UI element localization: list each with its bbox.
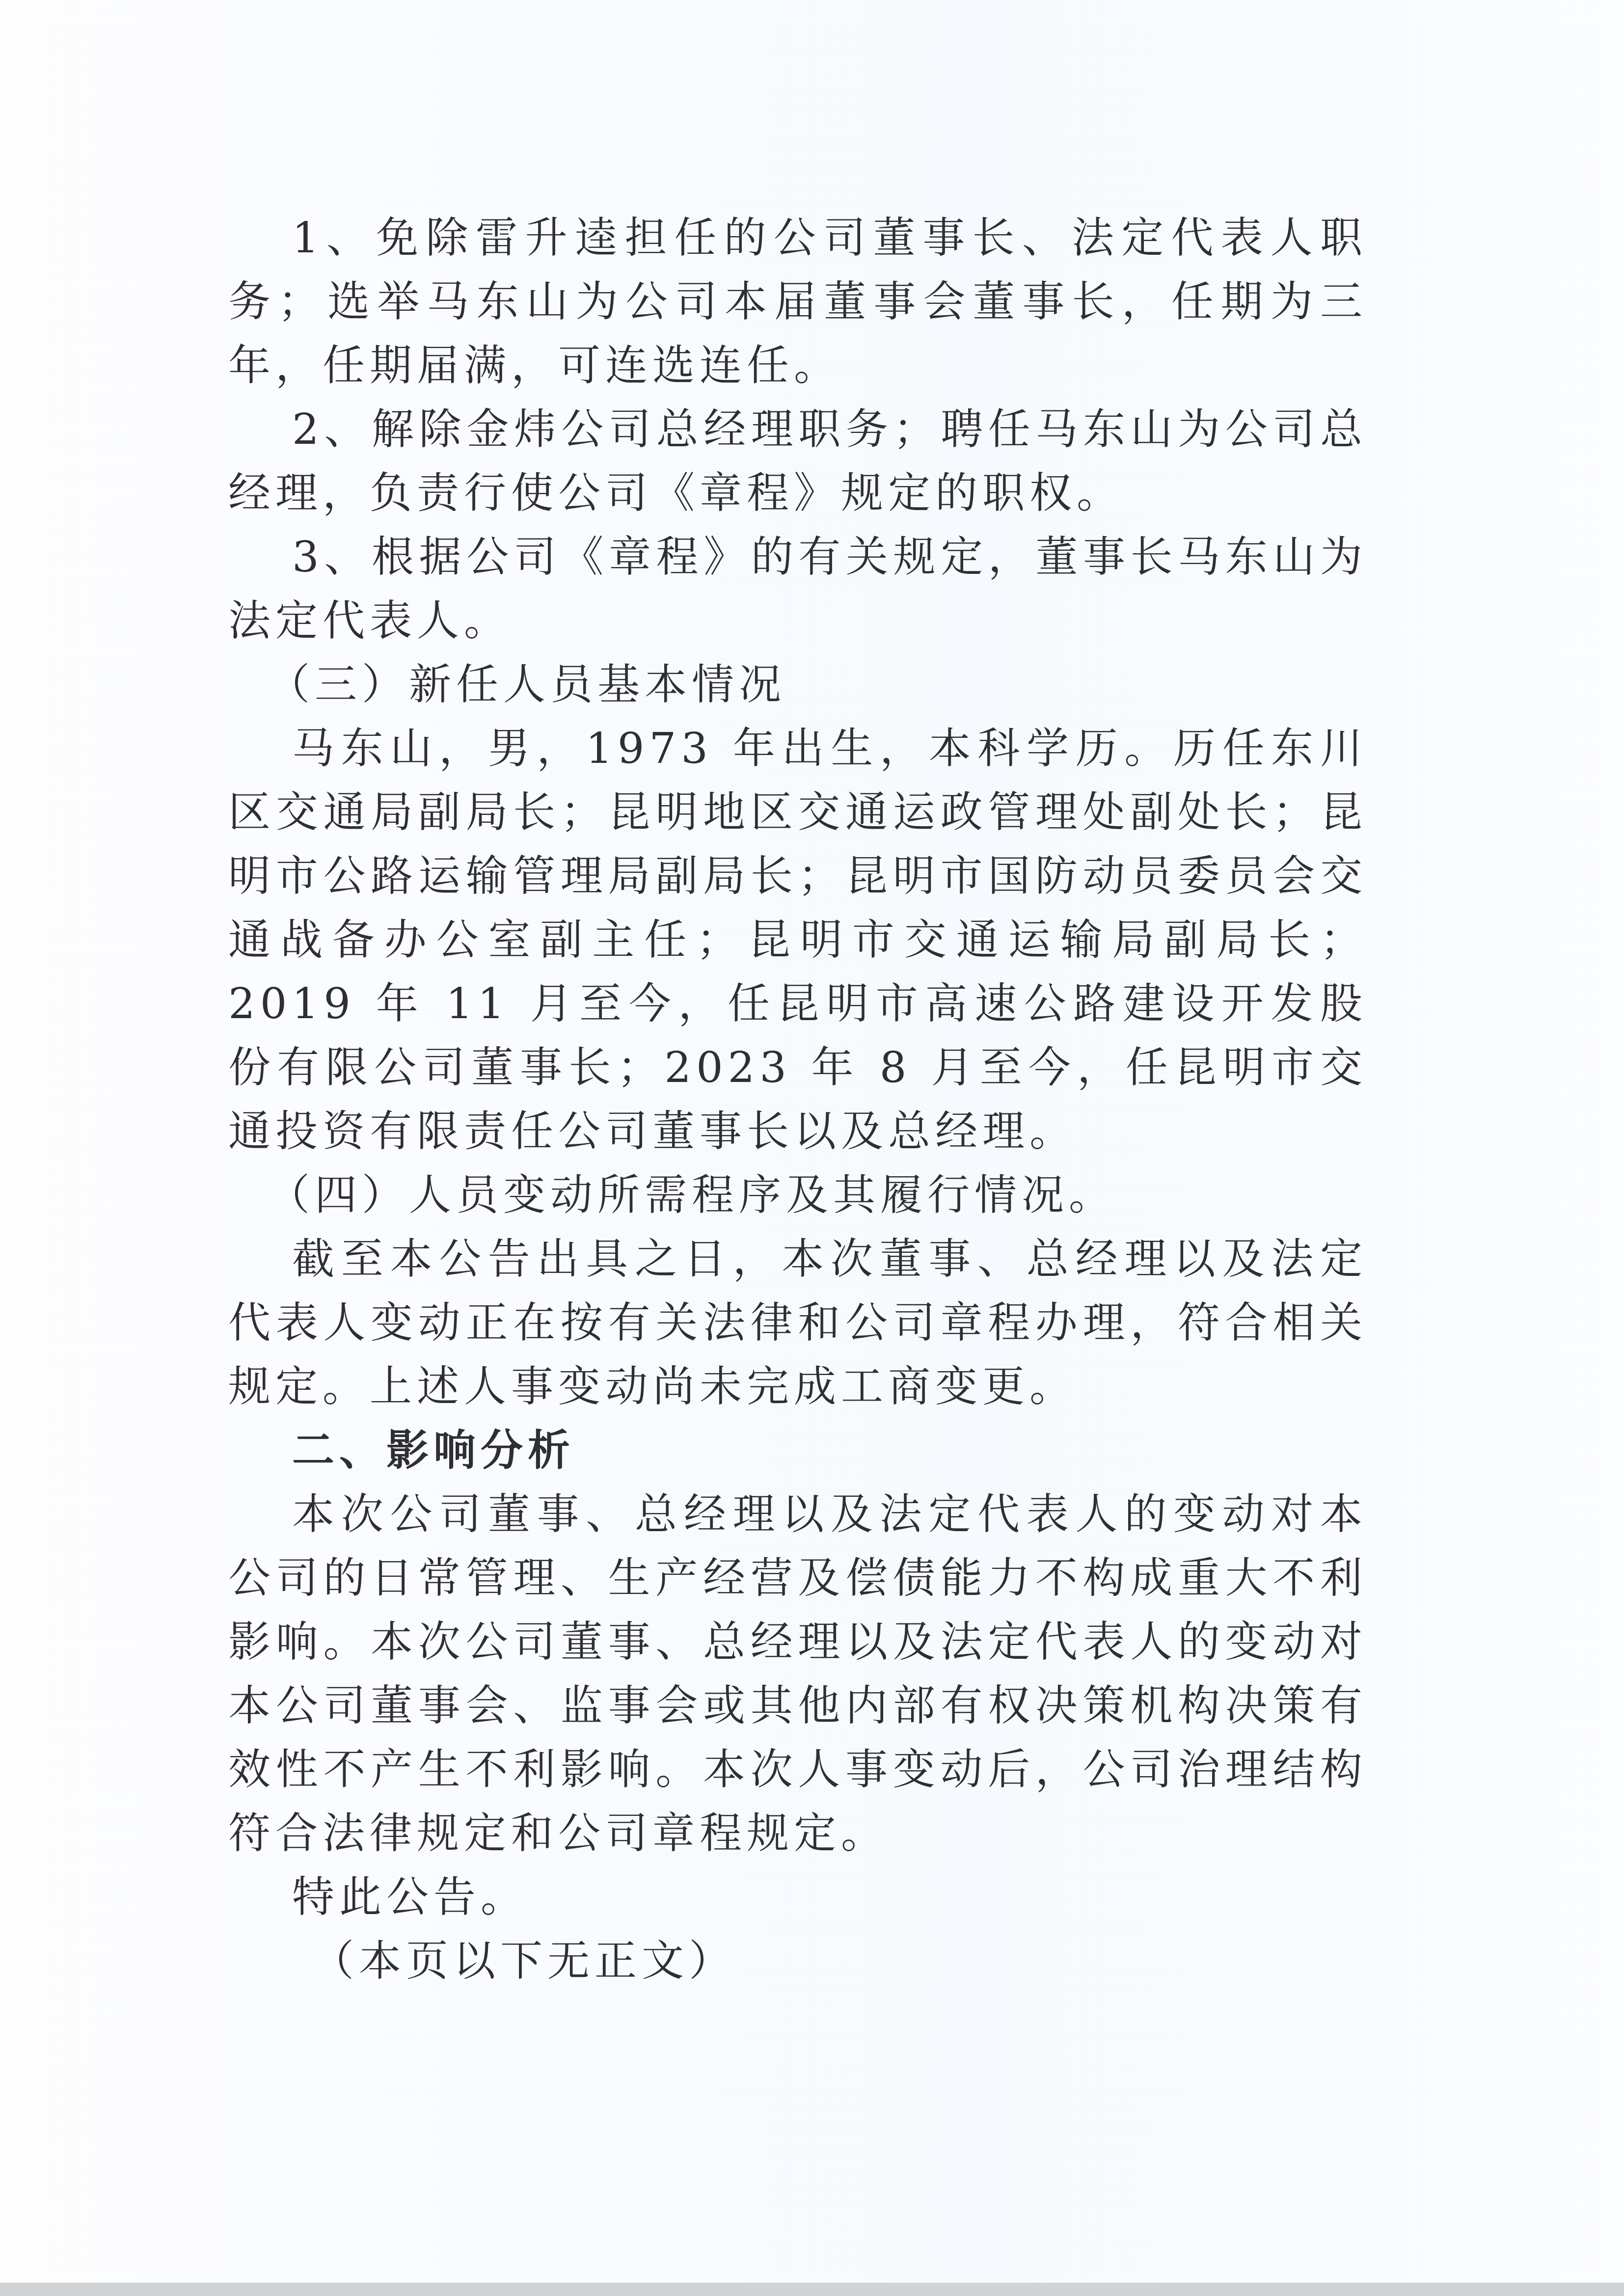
personnel-bio-paragraph: 马东山，男，1973 年出生，本科学历。历任东川区交通局副局长；昆明地区交通运政… [228, 717, 1367, 1163]
resolution-item-2: 2、解除金炜公司总经理职务；聘任马东山为公司总经理，负责行使公司《章程》规定的职… [228, 398, 1367, 525]
procedures-paragraph: 截至本公告出具之日，本次董事、总经理以及法定代表人变动正在按有关法律和公司章程办… [228, 1227, 1367, 1419]
document-body: 1、免除雷升逵担任的公司董事长、法定代表人职务；选举马东山为公司本届董事会董事长… [228, 206, 1367, 1993]
no-further-text-note: （本页以下无正文） [228, 1929, 1367, 1993]
section-heading-impact-analysis: 二、影响分析 [228, 1419, 1367, 1483]
resolution-item-1: 1、免除雷升逵担任的公司董事长、法定代表人职务；选举马东山为公司本届董事会董事长… [228, 206, 1367, 398]
scan-edge-strip [0, 2283, 1624, 2296]
subheading-procedures: （四）人员变动所需程序及其履行情况。 [228, 1163, 1367, 1227]
impact-analysis-paragraph: 本次公司董事、总经理以及法定代表人的变动对本公司的日常管理、生产经营及偿债能力不… [228, 1483, 1367, 1865]
resolution-item-3: 3、根据公司《章程》的有关规定，董事长马东山为法定代表人。 [228, 525, 1367, 653]
scanned-page: 1、免除雷升逵担任的公司董事长、法定代表人职务；选举马东山为公司本届董事会董事长… [0, 0, 1624, 2283]
subheading-new-personnel: （三）新任人员基本情况 [228, 653, 1367, 717]
closing-statement: 特此公告。 [228, 1865, 1367, 1929]
